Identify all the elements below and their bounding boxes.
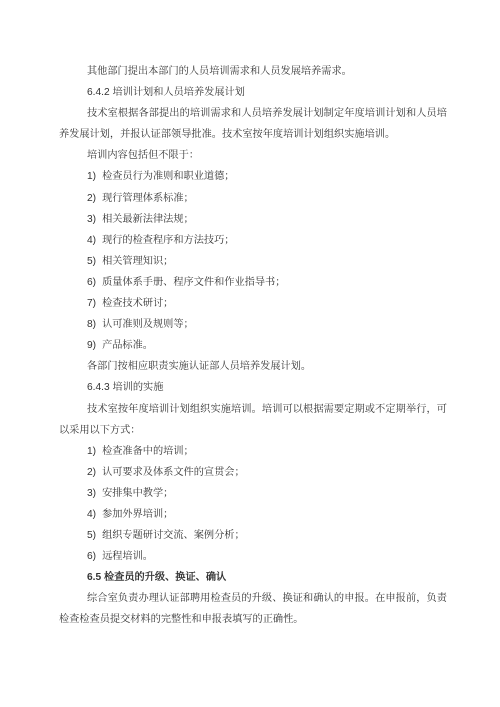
list-item-text: 质量体系手册、程序文件和作业指导书； <box>102 277 285 288</box>
section-heading-6-4-3: 6.4.3 培训的实施 <box>59 377 447 398</box>
list-item-number: 6) <box>87 551 96 562</box>
list-item-text: 检查准备中的培训； <box>102 446 194 457</box>
list-item-text: 参加外界培训； <box>102 509 173 520</box>
list-item-text: 远程培训。 <box>102 551 153 562</box>
list-item-number: 3) <box>87 488 96 499</box>
list-item-text: 认可要求及体系文件的宣贯会； <box>102 467 245 478</box>
list-item: 6)质量体系手册、程序文件和作业指导书； <box>59 272 447 293</box>
list-item-number: 3) <box>87 214 96 225</box>
training-methods-list: 1)检查准备中的培训； 2)认可要求及体系文件的宣贯会； 3)安排集中教学； 4… <box>59 441 447 568</box>
list-item-number: 1) <box>87 446 96 457</box>
section-heading-6-5: 6.5 检查员的升级、换证、确认 <box>59 567 447 588</box>
list-item-text: 相关管理知识； <box>102 256 173 267</box>
paragraph-inspector-upgrade: 综合室负责办理认证部聘用检查员的升级、换证和确认的申报。在申报前，负责检查检查员… <box>59 588 447 630</box>
list-item: 5)相关管理知识； <box>59 251 447 272</box>
list-item: 8)认可准则及规则等； <box>59 314 447 335</box>
list-item-text: 检查员行为准则和职业道德； <box>102 171 234 182</box>
list-item-text: 相关最新法律法规； <box>102 214 194 225</box>
list-intro-training-content: 培训内容包括但不限于： <box>59 145 447 166</box>
paragraph-training-implementation: 技术室按年度培训计划组织实施培训。培训可以根据需要定期或不定期举行，可以采用以下… <box>59 399 447 441</box>
list-item: 3)相关最新法律法规； <box>59 209 447 230</box>
list-item: 7)检查技术研讨； <box>59 293 447 314</box>
list-item-number: 9) <box>87 340 96 351</box>
paragraph-other-depts-needs: 其他部门提出本部门的人员培训需求和人员发展培养需求。 <box>59 61 447 82</box>
list-item-number: 2) <box>87 193 96 204</box>
list-item: 1)检查员行为准则和职业道德； <box>59 166 447 187</box>
list-item-text: 认可准则及规则等； <box>102 319 194 330</box>
document-page: 其他部门提出本部门的人员培训需求和人员发展培养需求。 6.4.2 培训计划和人员… <box>0 0 500 707</box>
list-item-text: 现行管理体系标准； <box>102 193 194 204</box>
section-heading-6-4-2: 6.4.2 培训计划和人员培养发展计划 <box>59 82 447 103</box>
list-item-text: 产品标准。 <box>102 340 153 351</box>
list-item-text: 组织专题研讨交流、案例分析； <box>102 530 245 541</box>
list-item-number: 1) <box>87 171 96 182</box>
list-item-number: 7) <box>87 298 96 309</box>
list-item-number: 8) <box>87 319 96 330</box>
list-item: 9)产品标准。 <box>59 335 447 356</box>
list-item-number: 6) <box>87 277 96 288</box>
list-item: 4)现行的检查程序和方法技巧； <box>59 230 447 251</box>
list-item-number: 5) <box>87 530 96 541</box>
training-content-list: 1)检查员行为准则和职业道德； 2)现行管理体系标准； 3)相关最新法律法规； … <box>59 166 447 356</box>
list-item-text: 现行的检查程序和方法技巧； <box>102 235 234 246</box>
list-item-text: 安排集中教学； <box>102 488 173 499</box>
paragraph-depts-implement-plan: 各部门按相应职责实施认证部人员培养发展计划。 <box>59 356 447 377</box>
document-content: 其他部门提出本部门的人员培训需求和人员发展培养需求。 6.4.2 培训计划和人员… <box>59 61 447 631</box>
list-item: 1)检查准备中的培训； <box>59 441 447 462</box>
list-item: 4)参加外界培训； <box>59 504 447 525</box>
paragraph-annual-training-plan: 技术室根据各部提出的培训需求和人员培养发展计划制定年度培训计划和人员培养发展计划… <box>59 103 447 145</box>
list-item-text: 检查技术研讨； <box>102 298 173 309</box>
list-item: 3)安排集中教学； <box>59 483 447 504</box>
list-item: 2)现行管理体系标准； <box>59 188 447 209</box>
list-item: 2)认可要求及体系文件的宣贯会； <box>59 462 447 483</box>
list-item: 5)组织专题研讨交流、案例分析； <box>59 525 447 546</box>
list-item-number: 5) <box>87 256 96 267</box>
list-item-number: 2) <box>87 467 96 478</box>
list-item-number: 4) <box>87 235 96 246</box>
list-item: 6)远程培训。 <box>59 546 447 567</box>
list-item-number: 4) <box>87 509 96 520</box>
